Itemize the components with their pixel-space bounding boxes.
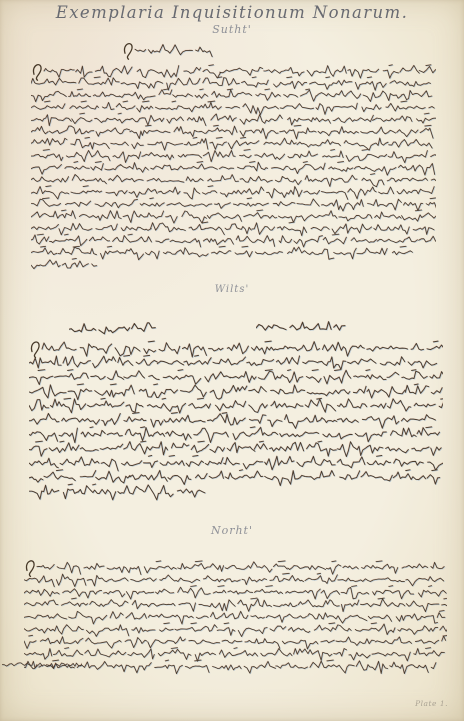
court-hand-script-svg bbox=[29, 338, 443, 504]
court-hand-script-svg bbox=[122, 41, 220, 61]
paragraph-wilts-court-hand bbox=[29, 338, 443, 508]
paragraph-southampton-court-hand bbox=[31, 62, 436, 280]
manuscript-facsimile-page: Exemplaria Inquisitionum Nonarum. Sutht'… bbox=[0, 0, 464, 721]
margin-note-court-hand bbox=[2, 656, 82, 679]
paragraph-northampton-court-hand bbox=[24, 558, 447, 682]
page-title: Exemplaria Inquisitionum Nonarum. bbox=[0, 3, 464, 22]
county-heading-southampton: Sutht' bbox=[0, 23, 464, 36]
court-hand-script-svg bbox=[31, 62, 436, 276]
court-hand-script-svg bbox=[256, 316, 348, 340]
county-heading-wilts: Wilts' bbox=[0, 284, 464, 295]
court-hand-script-svg bbox=[24, 558, 447, 678]
court-hand-script-svg bbox=[2, 656, 82, 675]
county-heading-northampton: Norht' bbox=[0, 524, 464, 537]
plate-label: Plate 1. bbox=[415, 699, 448, 708]
